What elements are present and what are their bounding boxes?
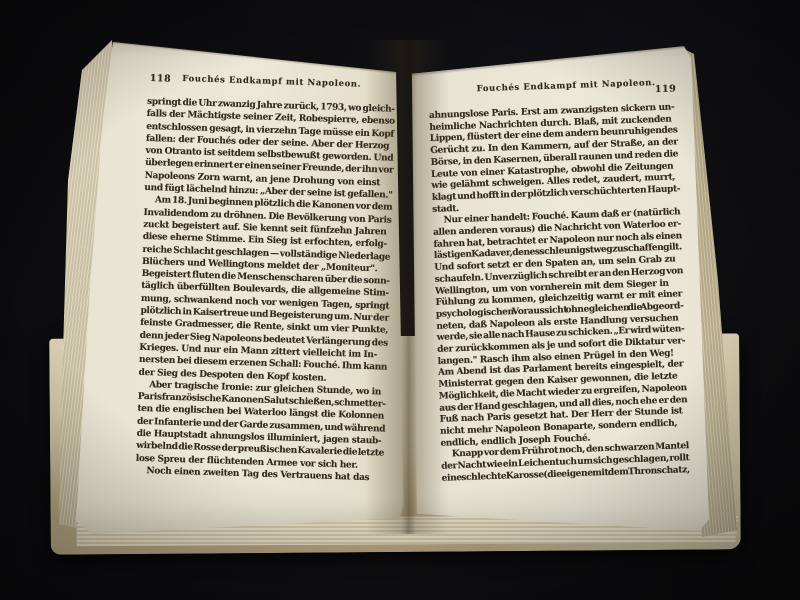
left-page-text: 118 Fouchés Endkampf mit Napoleon. sprin… (105, 72, 396, 485)
paragraph: ahnungslose Paris. Erst am zwanzigsten s… (429, 102, 681, 216)
photo-background: 118 Fouchés Endkampf mit Napoleon. sprin… (0, 0, 800, 600)
right-text-body: ahnungslose Paris. Erst am zwanzigsten s… (429, 102, 690, 485)
paragraph: Aber tragische Ironie: zur gleichen Stun… (136, 379, 387, 473)
left-text-body: springt die Uhr zwanzig Jahre zurück, 17… (135, 96, 395, 485)
paragraph: Nur einer handelt: Fouché. Kaum daß er (… (433, 208, 689, 451)
right-page-number: 119 (655, 83, 677, 95)
right-page-text: Fouchés Endkampf mit Napoleon. 119 ahnun… (428, 77, 690, 485)
paragraph: Am 18. Juni beginnen plötzlich die Kanon… (138, 194, 392, 386)
paragraph: springt die Uhr zwanzig Jahre zurück, 17… (144, 96, 395, 202)
